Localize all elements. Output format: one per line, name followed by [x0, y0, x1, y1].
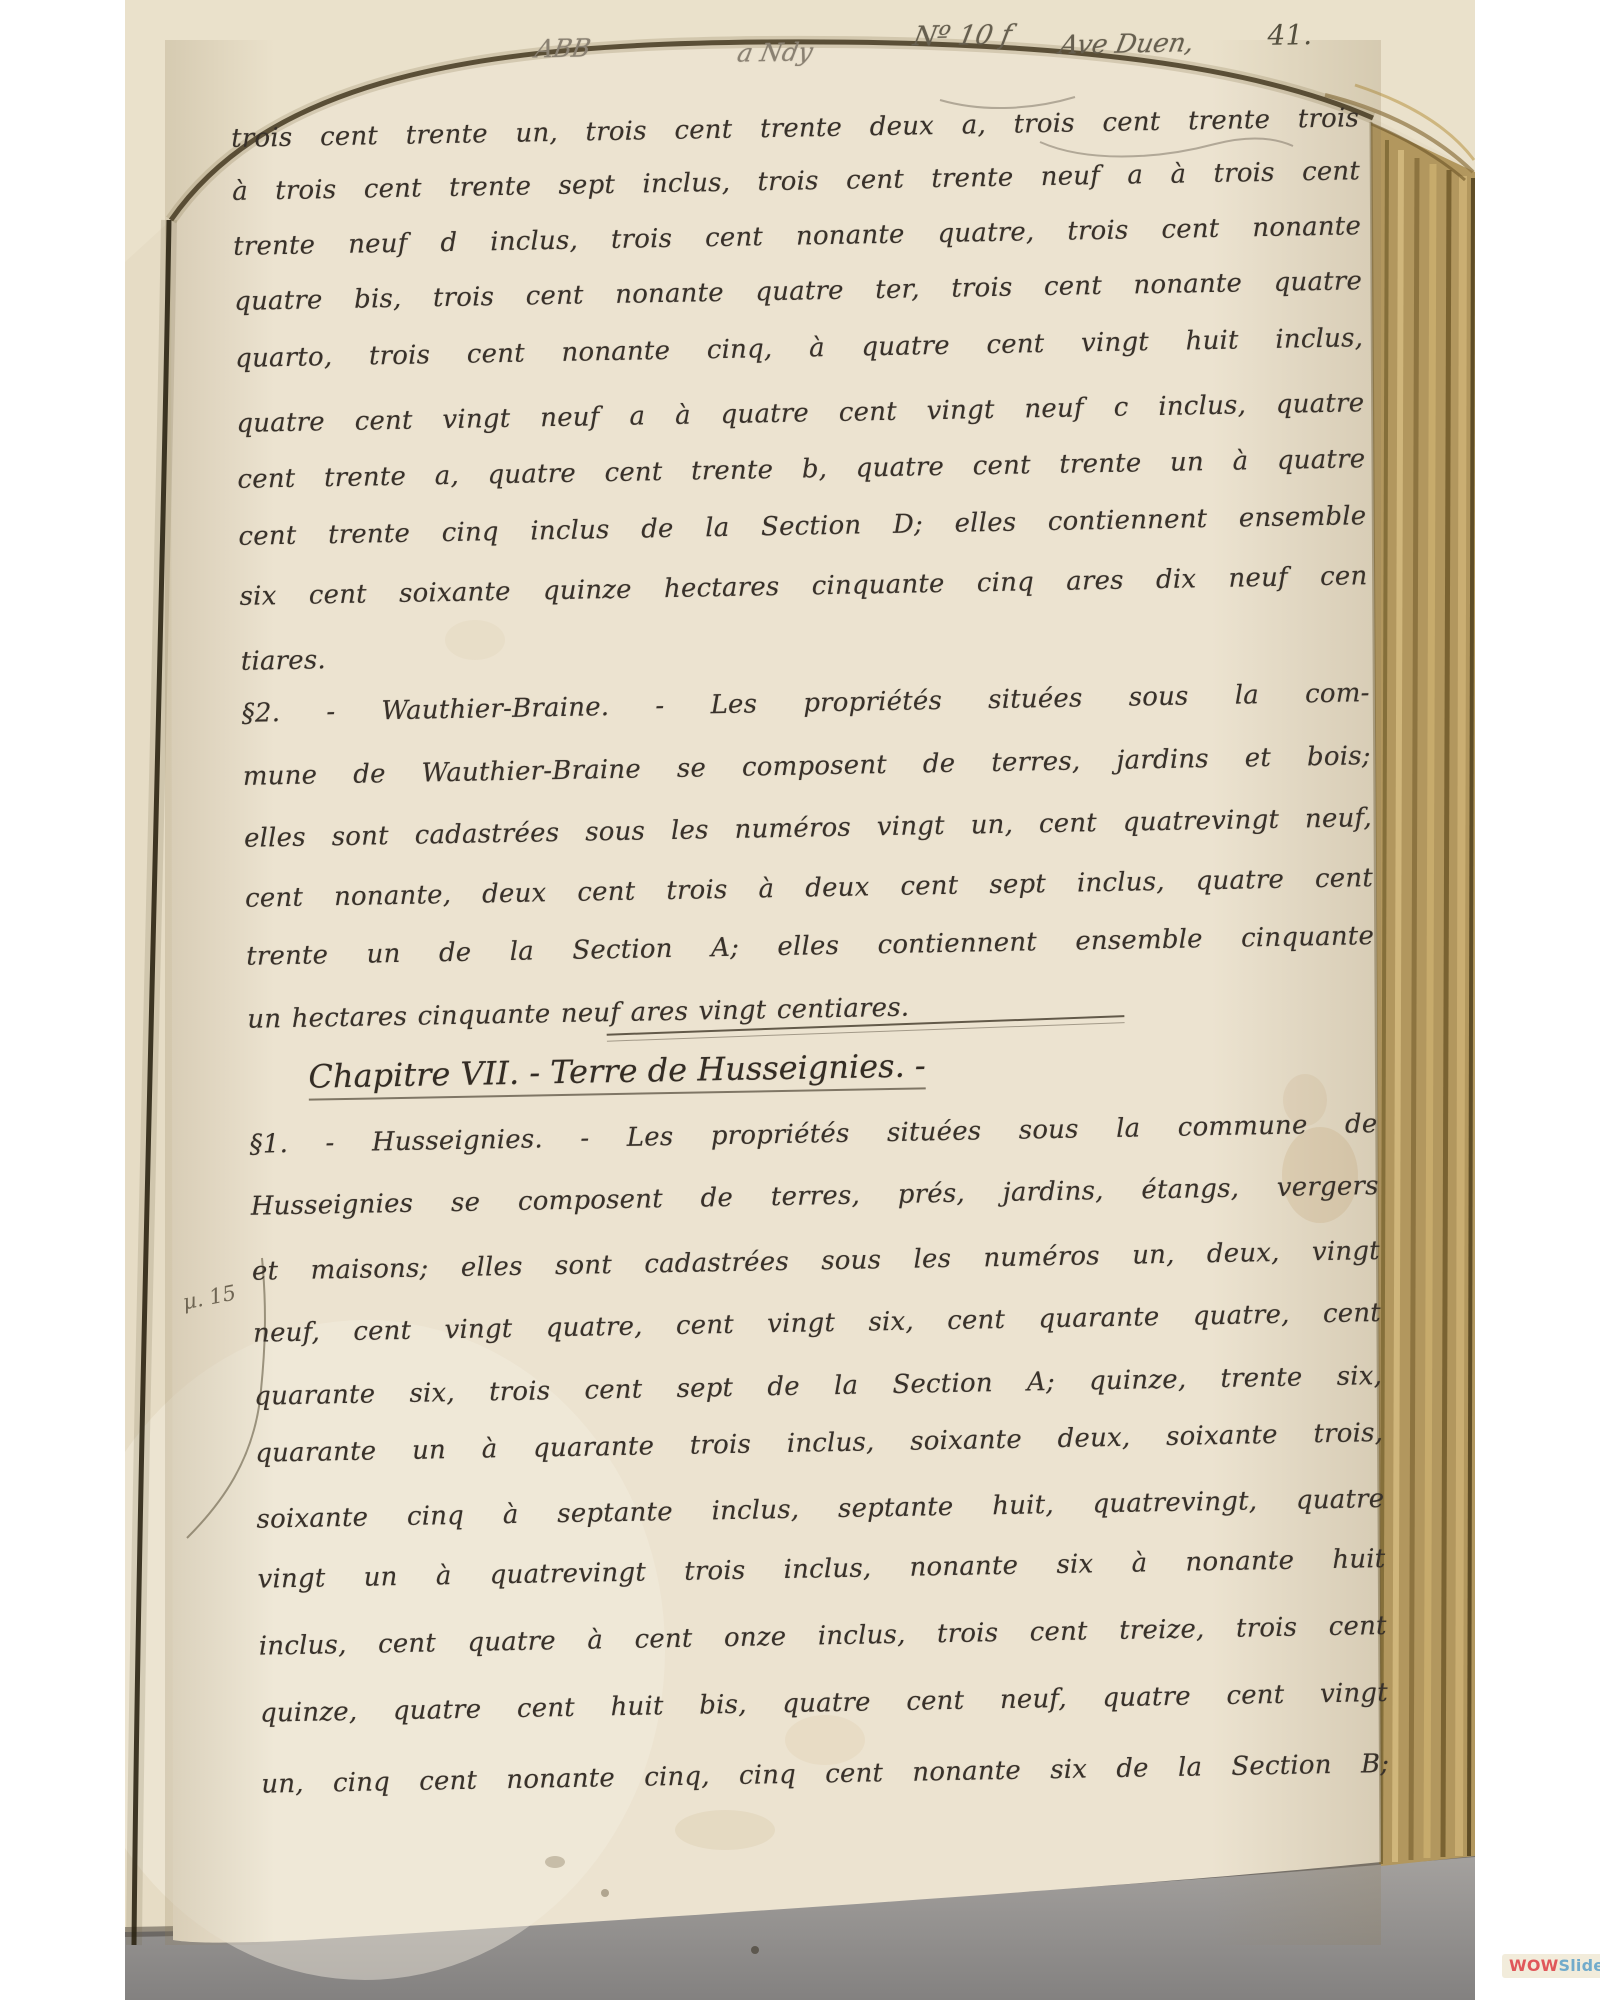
manuscript-line: §1. - Husseignies. - Les propriétés situ…	[249, 1107, 1377, 1162]
manuscript-line: cent trente cinq inclus de la Section D;…	[238, 499, 1366, 554]
manuscript-line: quarto, trois cent nonante cinq, à quatr…	[235, 321, 1363, 376]
header-annotation: Ave Duen,	[1057, 28, 1197, 61]
manuscript-line: six cent soixante quinze hectares cinqua…	[239, 559, 1367, 614]
chapter-heading-text: Chapitre VII. - Terre de Husseignies. -	[308, 1046, 926, 1100]
header-annotation: ABB	[533, 33, 593, 63]
watermark-slider: Slider	[1559, 1956, 1600, 1975]
manuscript-line: §2. - Wauthier-Braine. - Les propriétés …	[241, 676, 1369, 731]
manuscript-line: tiares.	[240, 643, 326, 679]
manuscript-line: quatre bis, trois cent nonante quatre te…	[234, 264, 1362, 319]
manuscript-line: quatre cent vingt neuf a à quatre cent v…	[236, 386, 1364, 441]
margin-note: µ. 15	[181, 1281, 238, 1315]
manuscript-line: trente neuf d inclus, trois cent nonante…	[233, 209, 1361, 264]
manuscript-line: trois cent trente un, trois cent trente …	[231, 101, 1359, 156]
header-annotation: a Ndy	[735, 37, 815, 67]
manuscript-line: neuf, cent vingt quatre, cent vingt six,…	[253, 1296, 1381, 1351]
manuscript-text-layer: ABB a Ndy Nº 10 f Ave Duen, 41. µ. 15 tr…	[125, 0, 1475, 2000]
manuscript-line: Husseignies se composent de terres, prés…	[250, 1169, 1378, 1224]
manuscript-line: quarante un à quarante trois inclus, soi…	[255, 1416, 1383, 1471]
manuscript-line: soixante cinq à septante inclus, septant…	[256, 1482, 1384, 1537]
watermark-wow: WOW	[1509, 1956, 1559, 1975]
manuscript-line: cent trente a, quatre cent trente b, qua…	[237, 442, 1365, 497]
chapter-heading: Chapitre VII. - Terre de Husseignies. -	[308, 1045, 926, 1096]
manuscript-photo: ABB a Ndy Nº 10 f Ave Duen, 41. µ. 15 tr…	[125, 0, 1475, 2000]
manuscript-line: quinze, quatre cent huit bis, quatre cen…	[260, 1676, 1388, 1731]
wowslider-watermark[interactable]: WOWSlider	[1502, 1954, 1600, 1978]
manuscript-line: et maisons; elles sont cadastrées sous l…	[252, 1234, 1380, 1289]
manuscript-line: un, cinq cent nonante cinq, cinq cent no…	[261, 1747, 1389, 1802]
screenshot-canvas: ABB a Ndy Nº 10 f Ave Duen, 41. µ. 15 tr…	[0, 0, 1600, 2000]
manuscript-line: quarante six, trois cent sept de la Sect…	[254, 1359, 1382, 1414]
manuscript-line: à trois cent trente sept inclus, trois c…	[232, 154, 1360, 209]
header-annotation: Nº 10 f	[910, 20, 1014, 53]
manuscript-line: trente un de la Section A; elles contien…	[246, 919, 1374, 974]
manuscript-line: mune de Wauthier-Braine se composent de …	[243, 739, 1371, 794]
manuscript-line: inclus, cent quatre à cent onze inclus, …	[259, 1609, 1387, 1664]
manuscript-line: elles sont cadastrées sous les numéros v…	[244, 801, 1372, 856]
manuscript-line: cent nonante, deux cent trois à deux cen…	[245, 861, 1373, 916]
manuscript-line: vingt un à quatrevingt trois inclus, non…	[257, 1542, 1385, 1597]
page-number: 41.	[1267, 18, 1312, 52]
